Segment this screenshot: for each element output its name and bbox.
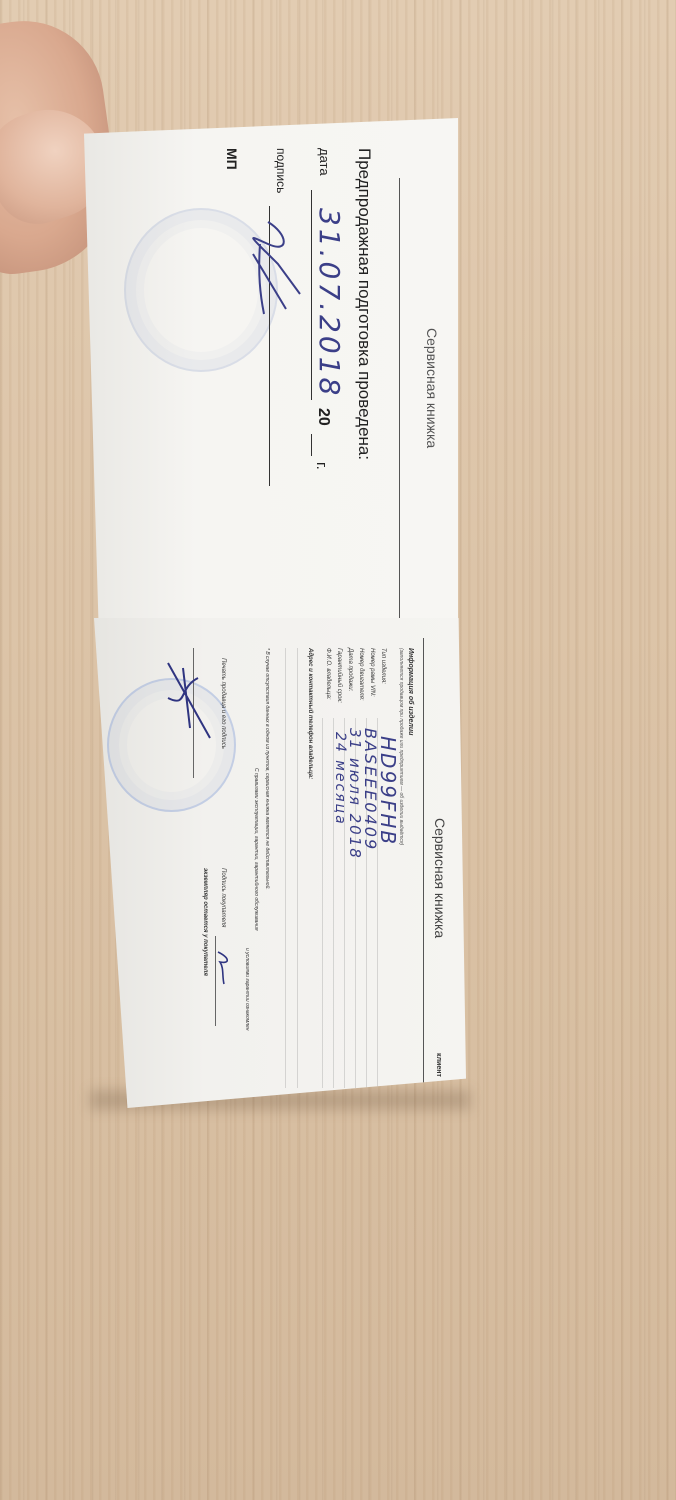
left-page-content: Сервисная книжка Предпродажная подготовк… (84, 118, 458, 638)
signature-label: подпись (274, 148, 288, 193)
seller-signature (158, 658, 218, 748)
footnote: * В случае отсутствия данных в одном из … (264, 648, 270, 890)
year-suffix: г. (313, 462, 330, 470)
year-prefix: 20 (314, 408, 332, 426)
field-line (322, 718, 323, 1088)
section-title: Информация об изделии (407, 648, 414, 735)
address-line (297, 648, 298, 1088)
field-label-vin: Номер рамы VIN: (369, 648, 375, 697)
signature-scribble (238, 214, 308, 324)
right-page: Сервисная книжка клиент Информация об из… (94, 618, 466, 1108)
buyer-signature (212, 948, 234, 988)
buyer-note: экземпляр остается у покупателя (202, 868, 208, 976)
field-label-owner: Ф.И.О. владельца: (325, 648, 331, 700)
buyer-signature-label: Подпись покупателя (220, 868, 226, 927)
acknowledgement-line1: С правилами эксплуатации, гарантии, гара… (253, 768, 259, 931)
value-sale-date: 31 июля 2018 (346, 728, 364, 860)
right-header: Сервисная книжка (432, 818, 448, 938)
right-page-content: Сервисная книжка клиент Информация об из… (94, 618, 466, 1108)
field-label-engine: Номер двигателя: (358, 648, 364, 701)
acknowledgement-line2: и условиями гарантии ознакомлен (244, 948, 250, 1031)
date-label: дата (317, 148, 332, 176)
client-label: клиент (435, 1053, 442, 1077)
field-label-sale-date: Дата продажи: (347, 648, 353, 691)
address-label: Адрес и контактный телефон владельца: (307, 648, 313, 779)
date-handwritten: 31.07.2018 (313, 208, 346, 398)
left-header: Сервисная книжка (424, 328, 440, 448)
address-line (285, 648, 286, 1088)
year-line (311, 434, 312, 456)
presale-title: Предпродажная подготовка проведена: (354, 148, 374, 460)
seller-stamp-label: Печать продавца и его подпись (220, 658, 226, 749)
left-page: Сервисная книжка Предпродажная подготовк… (84, 118, 458, 638)
field-label-type: Тип изделия: (380, 648, 386, 684)
date-line (311, 190, 312, 400)
value-warranty: 24 месяца (332, 732, 348, 826)
right-header-rule (423, 638, 424, 1098)
stamp-label: МП (224, 148, 240, 170)
field-label-warranty: Гарантийный срок: (336, 648, 342, 703)
header-rule (399, 178, 400, 618)
